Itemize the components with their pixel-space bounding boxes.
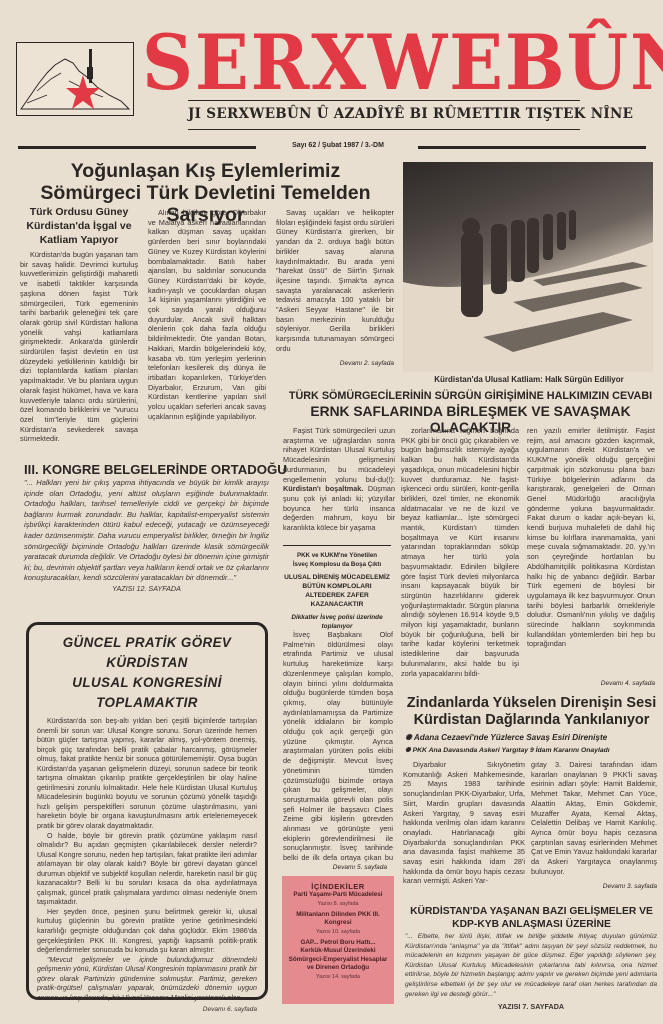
toc-page: Yazısı 14. sayfada [282,973,394,981]
zindan-column-2: gıtay 3. Dairesi tarafından idam kararla… [531,760,657,882]
zindan-bullet-2: ✺ PKK Ana Davasında Askeri Yargıtay 9 İd… [405,746,610,754]
quote-text: "... Halkları yeni bir çıkış yapma ihtiy… [24,478,269,584]
continued-link[interactable]: Devamı 6. sayfada [37,1005,257,1015]
continued-link[interactable]: Devamı 3. sayfada [531,883,657,890]
table-of-contents: İÇİNDEKİLER Parti Yaşamı-Parti Mücadeles… [282,876,394,1004]
isvec-deck: Dikkatler İsveç polisi üzerinde toplanıy… [283,613,391,631]
star-rifle-mountain-icon [17,43,132,114]
toc-item[interactable]: Parti Yaşamı-Parti Mücadelesi [282,891,394,900]
bullet-text: Adana Cezaevi'nde Yüzlerce Savaş Esiri D… [414,733,607,742]
guncel-boxed-article: GÜNCEL PRATİK GÖREV KÜRDİSTAN ULUSAL KON… [26,622,268,1000]
isvec-kicker-2: İsveç Komplosu da Boşa Çıktı [283,560,391,569]
motto-banner: JI SERXWEBÛN Û AZADÎYÊ BI RÛMETTIR TIŞTE… [188,100,580,130]
article-text: Her şeyden önce, peşinen şunu belirtmek … [37,908,257,956]
motto-text: JI SERXWEBÛN Û AZADÎYÊ BI RÛMETTIR TIŞTE… [188,101,580,128]
photo-deportation-march [403,162,653,372]
article-text: gıtay 3. Dairesi tarafından idam kararla… [531,760,657,876]
kongre-headline: III. KONGRE BELGELERİNDE ORTADOĞU [24,462,274,477]
lead-subheadline: Türk Ordusu Güney Kürdistan'da İşgal ve … [20,205,138,247]
issue-info: Sayı 62 / Şubat 1987 / 3.-DM [268,142,408,149]
ernk-column-3: ren yazılı emirler iletilmiştir. Faşist … [527,426,655,678]
zindan-headline: Zindanlarda Yükselen Direnişin Sesi Kürd… [400,695,663,729]
article-text: zorlanmasına rağmen bağrında PKK gibi bi… [401,426,519,678]
ernk-headline-line-1: TÜRK SÖMÜRGECİLERİNİN SÜRGÜN GİRİŞİMİNE … [283,388,658,404]
article-text: Kürdistan'da bugün yaşanan tam bir savaş… [20,250,138,444]
page-reference[interactable]: YAZISI 12. SAYFADA [24,584,269,595]
article-text: Savaş uçakları ve helikopter filoları eş… [276,208,394,354]
article-text: Kürdistan'da son beş-altı yıldan beri çe… [37,717,257,832]
guncel-headline-line-1: GÜNCEL PRATİK GÖREV KÜRDİSTAN [63,635,232,670]
ernk-column-1: Faşist Türk sömürgecileri uzun araştırma… [283,426,395,538]
kdp-quote: "... Elbette, her türlü ilişki, ittifak … [405,932,657,1012]
zindan-bullet-1: ✺ Adana Cezaevi'nde Yüzlerce Savaş Esiri… [405,732,607,742]
article-quote: "Mevcut gelişmeler ve içinde bulunduğumu… [37,956,257,1004]
kongre-quote: "... Halkları yeni bir çıkış yapma ihtiy… [24,478,269,595]
toc-item[interactable]: Militanların Dilinden PKK III. Kongresi [282,911,394,928]
article-text: İsveç Başbakanı Olof Palme'nin öldürülme… [283,630,393,862]
issue-bar: Sayı 62 / Şubat 1987 / 3.-DM [18,143,646,153]
guncel-headline: GÜNCEL PRATİK GÖREV KÜRDİSTAN ULUSAL KON… [37,633,257,713]
article-text: O halde, böyle bir görevin pratik çözümü… [37,832,257,908]
article-emphasis: Kürdistan'ı boşaltmak. [283,484,363,493]
article-text: ren yazılı emirler iletilmiştir. Faşist … [527,426,655,649]
isvec-article-header: PKK ve KUKM'ne Yönetilen İsveç Komplosu … [283,545,391,631]
divider [283,545,391,546]
newspaper-title: SERXWEBÛN [142,20,618,105]
zindan-column-1: Diyarbakır Sıkıyönetim Komutanlığı Asker… [403,760,525,892]
marching-people-image [403,162,653,372]
isvec-kicker-1: PKK ve KUKM'ne Yönetilen [283,551,391,560]
article-text: Alınan bilgilere göre, Diyarbakır ve Mal… [148,208,266,421]
ernk-column-2: zorlanmasına rağmen bağrında PKK gibi bi… [401,426,519,688]
guncel-headline-line-2: ULUSAL KONGRESİNİ TOPLAMAKTIR [72,675,221,710]
guncel-body: Kürdistan'da son beş-altı yıldan beri çe… [37,717,257,1015]
continued-link[interactable]: Devamı 2. sayfada [276,360,394,367]
lead-column-1: Kürdistan'da bugün yaşanan tam bir savaş… [20,250,138,450]
toc-page: Yazısı 10. sayfada [282,928,394,936]
divider [418,146,646,149]
bullet-icon: ✺ [405,747,413,754]
page-reference[interactable]: YAZISI 7. SAYFADA [405,1002,657,1012]
isvec-headline: ULUSAL DİRENİŞ MÜCADELEMİZ BÜTÜN KOMPLOL… [283,573,391,609]
lead-column-3: Savaş uçakları ve helikopter filoları eş… [276,208,394,358]
divider [18,146,256,149]
photo-caption: Kürdistan'da Ulusal Katliam: Halk Sürgün… [395,375,663,384]
masthead-logo [16,42,134,116]
lead-column-2: Alınan bilgilere göre, Diyarbakır ve Mal… [148,208,266,452]
article-text: Faşist Türk sömürgecileri uzun araştırma… [283,426,395,484]
toc-title: İÇİNDEKİLER [282,882,394,891]
kdp-headline: KÜRDİSTAN'DA YAŞANAN BAZI GELİŞMELER VE … [400,905,663,931]
bullet-icon: ✺ [405,733,414,742]
isvec-column: İsveç Başbakanı Olof Palme'nin öldürülme… [283,630,393,862]
quote-text: "... Elbette, her türlü ilişki, ittifak … [405,932,657,999]
continued-link[interactable]: Devamı 5. sayfada [283,864,387,871]
toc-page: Yazısı 8. sayfada [282,900,394,908]
article-text: Diyarbakır Sıkıyönetim Komutanlığı Asker… [403,760,525,886]
toc-item[interactable]: GAP... Petrol Boru Hattı... Kerkük-Musul… [282,939,394,973]
bullet-text: PKK Ana Davasında Askeri Yargıtay 9 İdam… [413,747,610,754]
continued-link[interactable]: Devamı 4. sayfada [527,680,655,687]
